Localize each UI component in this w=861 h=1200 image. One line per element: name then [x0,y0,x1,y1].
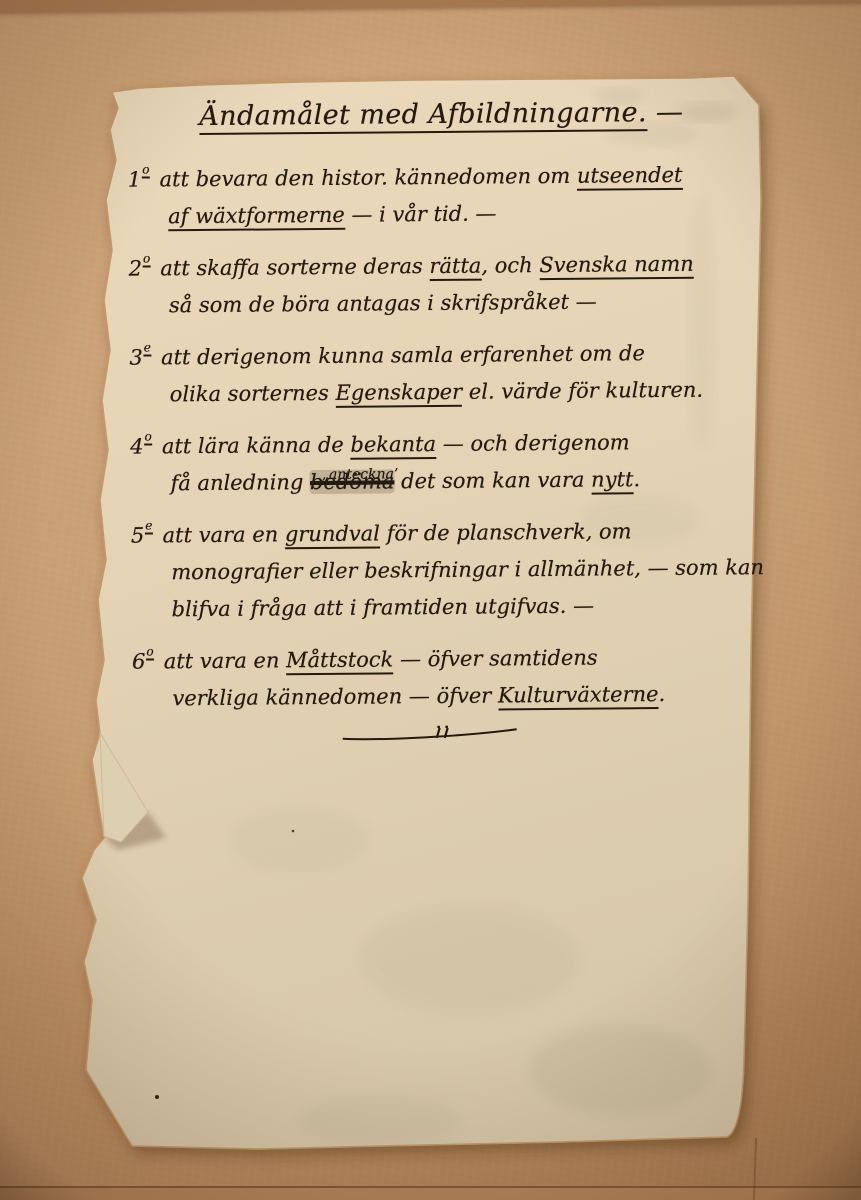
text-segment: el. värde för kulturen. [462,378,703,404]
list-item: 3eatt derigenom kunna samla erfarenhet o… [129,329,738,413]
text-segment: , och [481,253,539,278]
list-item: 4oatt lära känna de bekanta — och derige… [130,418,739,502]
item-marker: 3e [129,345,151,369]
text-segment: monografier eller beskrifningar i allmän… [171,555,764,584]
text-segment: att lära känna de [162,433,351,459]
text-segment: — och derigenom [436,430,630,456]
underlined-word: Ändamålet med Afbildningarne. [199,97,647,135]
handwritten-line: olika sorternes Egenskaper el. värde för… [170,371,738,413]
text-segment: — i vår tid. — [345,201,497,226]
item-marker: 5e [131,523,153,547]
underlined-word: Kulturväxterne [498,682,659,710]
ink-speck [292,830,295,833]
text-segment: det som kan vara [394,468,591,494]
item-marker: 2o [129,256,151,280]
handwritten-line: så som de böra antagas i skrifspråket — [169,282,737,324]
photograph: Ändamålet med Afbildningarne. — 1oatt be… [0,0,861,1200]
underlined-word: Svenska namn [539,252,694,280]
underlined-word: grundval [285,521,380,549]
underlined-word: rätta [429,254,481,281]
item-marker: 4o [130,434,152,458]
underlined-word: Måttstock [286,647,393,675]
text-segment: att skaffa sorterne deras [160,254,429,280]
text-segment: att vara en [164,648,287,673]
list-item: 5eatt vara en grundval för de planschver… [131,507,740,628]
handwritten-line: 2oatt skaffa sorterne deras rätta, och S… [128,240,736,287]
underlined-word: nytt [591,467,634,494]
handwritten-line: 1oatt bevara den histor. kännedomen om u… [128,151,736,198]
list-item: 2oatt skaffa sorterne deras rätta, och S… [128,240,737,324]
pencil-smudge [300,1095,460,1145]
handwritten-line: verkliga kännedomen — öfver Kulturväxter… [172,675,740,717]
text-segment: få anledning [170,470,310,495]
text-segment: . [633,467,640,491]
manuscript-text: Ändamålet med Afbildningarne. — 1oatt be… [127,95,741,749]
pencil-smudge [530,1025,710,1115]
handwritten-line: 4oatt lära känna de bekanta — och derige… [130,418,738,465]
pencil-smudge [360,905,580,1015]
handwritten-line: monografier eller beskrifningar i allmän… [171,549,739,591]
text-segment: att bevara den histor. kännedomen om [159,164,577,192]
pencil-smudge [230,805,370,875]
list-item: 6oatt vara en Måttstock — öfver samtiden… [132,633,741,717]
text-segment: för de planschverk, om [380,519,632,545]
inserted-word: „anteckna’ [322,456,399,494]
underlined-word: af wäxtformerne [168,203,345,232]
handwritten-line: få anledning „anteckna’bedöma det som ka… [170,460,738,502]
manuscript-title: Ändamålet med Afbildningarne. — [199,95,735,134]
text-segment: — öfver samtidens [393,646,598,672]
text-segment: att derigenom kunna samla erfarenhet om … [161,341,645,369]
item-marker: 6o [132,649,154,673]
handwritten-line: af wäxtformerne — i vår tid. — [168,193,736,235]
text-segment: . [658,682,665,706]
manuscript-items: 1oatt bevara den histor. kännedomen om u… [128,151,741,717]
list-item: 1oatt bevara den histor. kännedomen om u… [128,151,737,235]
text-segment: att vara en [162,522,285,547]
handwritten-line: 5eatt vara en grundval för de planschver… [131,507,739,554]
handwritten-line: blifva i fråga att i framtiden utgifvas.… [171,586,739,628]
text-segment: — [647,97,684,128]
ink-speck [155,1095,159,1099]
underlined-word: utseendet [577,163,683,191]
handwritten-line: 6oatt vara en Måttstock — öfver samtiden… [132,633,740,680]
underlined-word: Egenskaper [335,380,462,408]
text-segment: blifva i fråga att i framtiden utgifvas.… [172,594,595,622]
closing-flourish [341,722,741,747]
text-segment: så som de böra antagas i skrifspråket — [169,290,597,318]
correction-group: „anteckna’bedöma [310,469,395,494]
text-segment: verkliga kännedomen — öfver [172,683,498,710]
flourish-line [341,724,521,744]
handwritten-line: 3eatt derigenom kunna samla erfarenhet o… [129,329,737,376]
text-segment: olika sorternes [170,381,336,406]
item-marker: 1o [128,167,150,191]
